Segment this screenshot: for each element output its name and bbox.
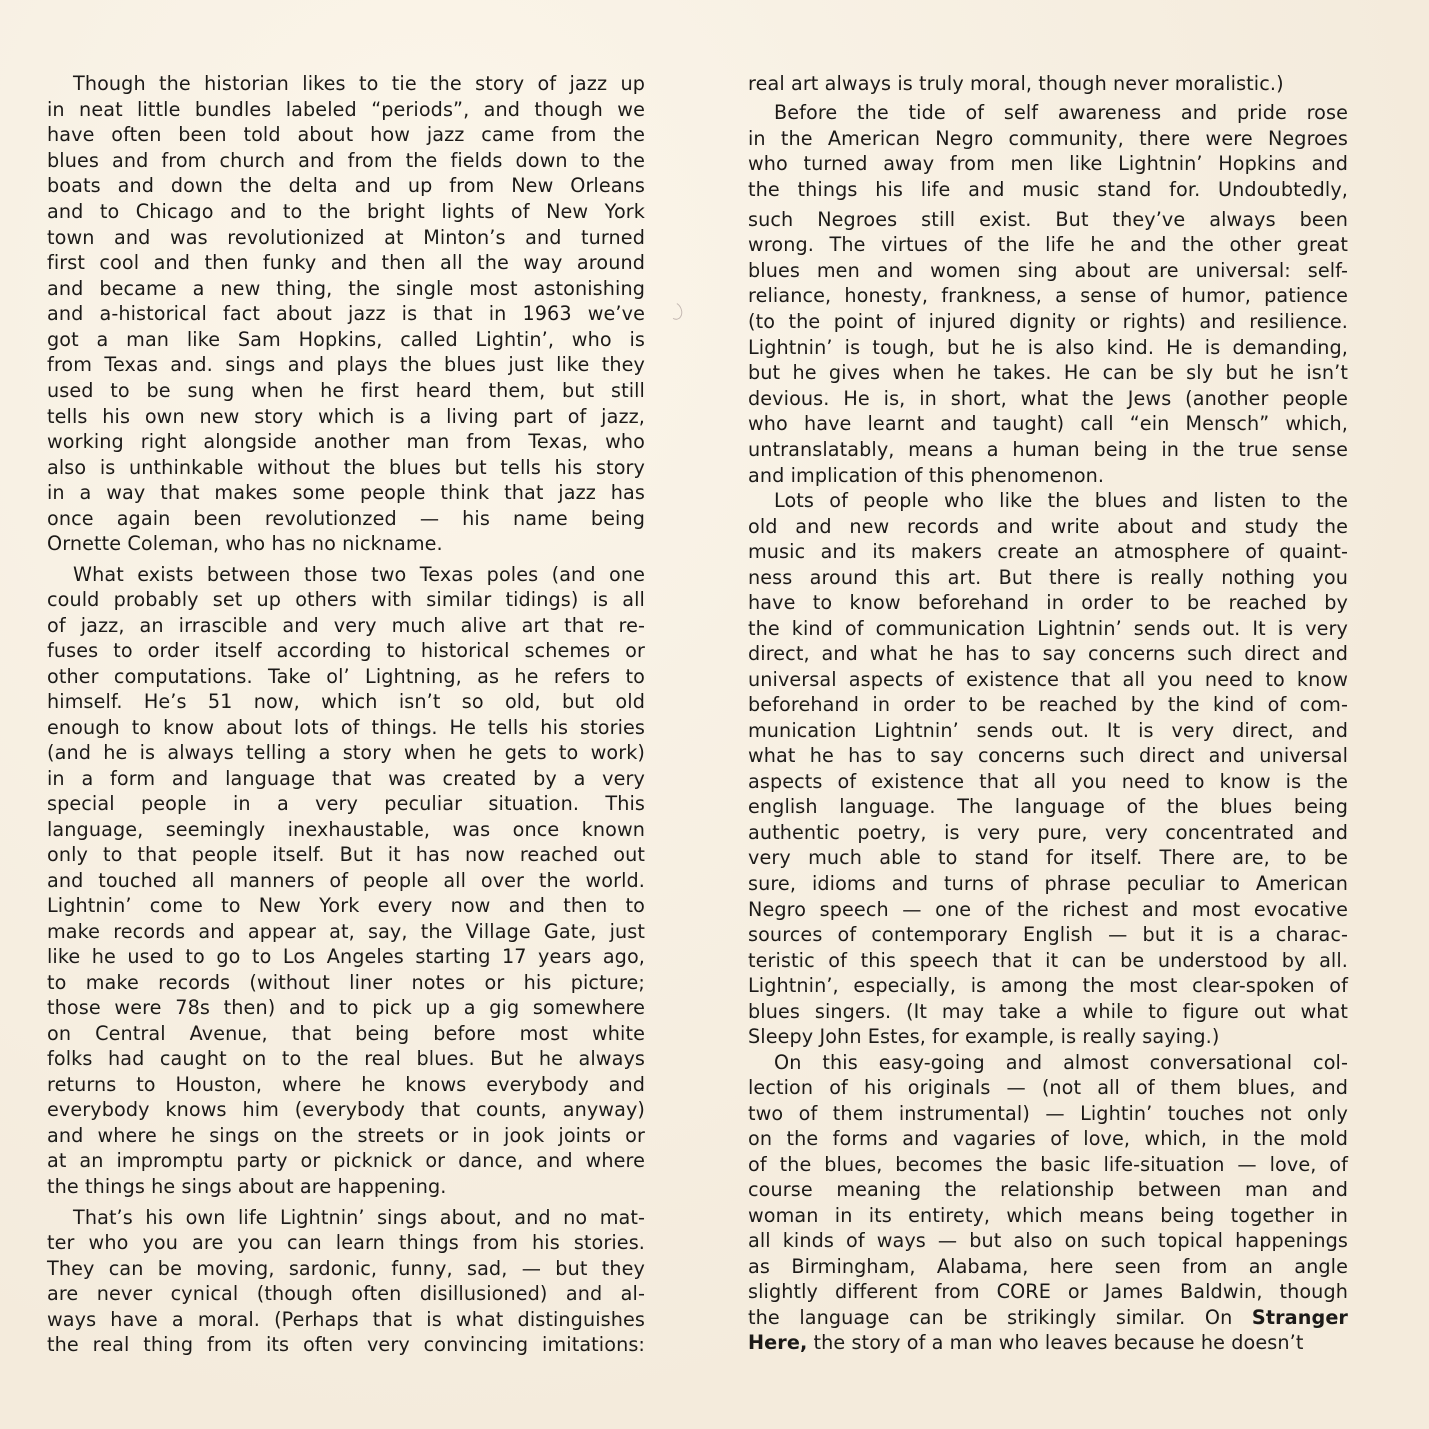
text-line: universal aspects of existence that all … [748, 667, 1348, 693]
text-line: Here, the story of a man who leaves beca… [748, 1330, 1348, 1356]
text-line: as Birmingham, Alabama, here seen from a… [748, 1254, 1348, 1280]
text-line: everybody knows him (everybody that coun… [47, 1097, 645, 1123]
text-segment: the language can be strikingly similar. … [748, 1306, 1232, 1329]
text-line: are never cynical (though often disillus… [47, 1281, 645, 1307]
text-line: boats and down the delta and up from New… [47, 173, 645, 199]
text-line: returns to Houston, where he knows every… [47, 1072, 645, 1098]
text-line: (and he is always telling a story when h… [47, 740, 645, 766]
text-line: on Central Avenue, that being before mos… [47, 1021, 645, 1047]
text-line: the things his life and music stand for.… [748, 177, 1348, 203]
text-line: (to the point of injured dignity or righ… [748, 309, 1348, 335]
text-line: two of them instrumental) — Lightin’ tou… [748, 1101, 1348, 1127]
text-line: music and its makers create an atmospher… [748, 539, 1348, 565]
text-line: munication Lightnin’ sends out. It is ve… [748, 718, 1348, 744]
text-line: of jazz, an irrascible and very much ali… [47, 613, 645, 639]
text-line: and implication of this phenomenon. [748, 463, 1348, 489]
text-line: Before the tide of self awareness and pr… [748, 100, 1348, 126]
text-line: at an impromptu party or picknick or dan… [47, 1148, 645, 1174]
text-segment: the story of a man who leaves because he… [807, 1331, 1303, 1354]
text-line: have often been told about how jazz came… [47, 122, 645, 148]
text-line: first cool and then funky and then all t… [47, 250, 645, 276]
text-line: only to that people itself. But it has n… [47, 842, 645, 868]
scan-mark-icon [665, 300, 684, 322]
text-line: ter who you are you can learn things fro… [47, 1230, 645, 1256]
text-line: Though the historian likes to tie the st… [47, 71, 645, 97]
text-line: very much able to stand for itself. Ther… [748, 845, 1348, 871]
text-line: and to Chicago and to the bright lights … [47, 199, 645, 225]
text-line: working right alongside another man from… [47, 429, 645, 455]
text-line: Lightnin’, especially, is among the most… [748, 973, 1348, 999]
text-line: to make records (without liner notes or … [47, 970, 645, 996]
text-line: used to be sung when he first heard them… [47, 378, 645, 404]
text-line: blues men and women sing about are unive… [748, 258, 1348, 284]
text-line: Lots of people who like the blues and li… [748, 488, 1348, 514]
text-line: fuses to order itself according to histo… [47, 638, 645, 664]
text-line: got a man like Sam Hopkins, called Light… [47, 327, 645, 353]
text-line: such Negroes still exist. But they’ve al… [748, 207, 1348, 233]
text-line: untranslatably, means a human being in t… [748, 437, 1348, 463]
text-line: ness around this art. But there is reall… [748, 565, 1348, 591]
text-line: also is unthinkable without the blues bu… [47, 455, 645, 481]
text-line: like he used to go to Los Angeles starti… [47, 944, 645, 970]
text-line: slightly different from CORE or James Ba… [748, 1279, 1348, 1305]
text-line: blues singers. (It may take a while to f… [748, 999, 1348, 1025]
text-line: language, seemingly inexhaustable, was o… [47, 817, 645, 843]
text-line: devious. He is, in short, what the Jews … [748, 386, 1348, 412]
text-line: on the forms and vagaries of love, which… [748, 1126, 1348, 1152]
text-line: teristic of this speech that it can be u… [748, 948, 1348, 974]
text-line: the language can be strikingly similar. … [748, 1305, 1348, 1331]
song-title-stranger: Stranger [1252, 1306, 1348, 1329]
text-line: sure, idioms and turns of phrase peculia… [748, 871, 1348, 897]
text-line: authentic poetry, is very pure, very con… [748, 820, 1348, 846]
text-line: and became a new thing, the single most … [47, 276, 645, 302]
text-line: reliance, honesty, frankness, a sense of… [748, 283, 1348, 309]
text-line: blues and from church and from the field… [47, 148, 645, 174]
song-title-here: Here, [748, 1331, 807, 1354]
text-line: other computations. Take ol’ Lightning, … [47, 664, 645, 690]
text-line: sources of contemporary English — but it… [748, 922, 1348, 948]
text-line: beforehand in order to be reached by the… [748, 692, 1348, 718]
text-line: ways have a moral. (Perhaps that is what… [47, 1307, 645, 1333]
text-line: who have learnt and taught) call “ein Me… [748, 411, 1348, 437]
text-line: aspects of existence that all you need t… [748, 769, 1348, 795]
text-line: old and new records and write about and … [748, 514, 1348, 540]
text-line: the kind of communication Lightnin’ send… [748, 616, 1348, 642]
text-line: have to know beforehand in order to be r… [748, 590, 1348, 616]
text-line: the things he sings about are happening. [47, 1174, 645, 1200]
text-line: the real thing from its often very convi… [47, 1332, 645, 1358]
text-line: of the blues, becomes the basic life-sit… [748, 1152, 1348, 1178]
text-line: english language. The language of the bl… [748, 794, 1348, 820]
text-line: Sleepy John Estes, for example, is reall… [748, 1024, 1348, 1050]
text-line: Negro speech — one of the richest and mo… [748, 897, 1348, 923]
text-line: in a way that makes some people think th… [47, 480, 645, 506]
text-line: What exists between those two Texas pole… [47, 562, 645, 588]
text-line: could probably set up others with simila… [47, 587, 645, 613]
text-line: but he gives when he takes. He can be sl… [748, 360, 1348, 386]
text-line: and a-historical fact about jazz is that… [47, 301, 645, 327]
text-line: those were 78s then) and to pick up a gi… [47, 995, 645, 1021]
text-line: make records and appear at, say, the Vil… [47, 919, 645, 945]
text-line: lection of his originals — (not all of t… [748, 1075, 1348, 1101]
liner-notes-page: Though the historian likes to tie the st… [0, 0, 1429, 1429]
text-line: wrong. The virtues of the life he and th… [748, 232, 1348, 258]
text-line: who turned away from men like Lightnin’ … [748, 151, 1348, 177]
text-line: in the American Negro community, there w… [748, 126, 1348, 152]
text-line: what he has to say concerns such direct … [748, 743, 1348, 769]
text-line: in neat little bundles labeled “periods”… [47, 97, 645, 123]
text-line: once again been revolutionzed — his name… [47, 506, 645, 532]
text-line: enough to know about lots of things. He … [47, 715, 645, 741]
text-line: town and was revolutionized at Minton’s … [47, 225, 645, 251]
text-line: all kinds of ways — but also on such top… [748, 1228, 1348, 1254]
text-line: direct, and what he has to say concerns … [748, 641, 1348, 667]
text-line: and where he sings on the streets or in … [47, 1123, 645, 1149]
text-line: course meaning the relationship between … [748, 1177, 1348, 1203]
text-line: Ornette Coleman, who has no nickname. [47, 531, 645, 557]
text-line: himself. He’s 51 now, which isn’t so old… [47, 689, 645, 715]
text-line: That’s his own life Lightnin’ sings abou… [47, 1205, 645, 1231]
text-line: in a form and language that was created … [47, 766, 645, 792]
text-line: real art always is truly moral, though n… [748, 71, 1348, 97]
text-line: On this easy-going and almost conversati… [748, 1050, 1348, 1076]
text-line: Lightnin’ is tough, but he is also kind.… [748, 335, 1348, 361]
text-line: special people in a very peculiar situat… [47, 791, 645, 817]
text-line: tells his own new story which is a livin… [47, 404, 645, 430]
text-line: folks had caught on to the real blues. B… [47, 1046, 645, 1072]
text-line: Lightnin’ come to New York every now and… [47, 893, 645, 919]
text-line: and touched all manners of people all ov… [47, 868, 645, 894]
text-line: They can be moving, sardonic, funny, sad… [47, 1256, 645, 1282]
text-line: woman in its entirety, which means being… [748, 1203, 1348, 1229]
text-line: from Texas and. sings and plays the blue… [47, 352, 645, 378]
